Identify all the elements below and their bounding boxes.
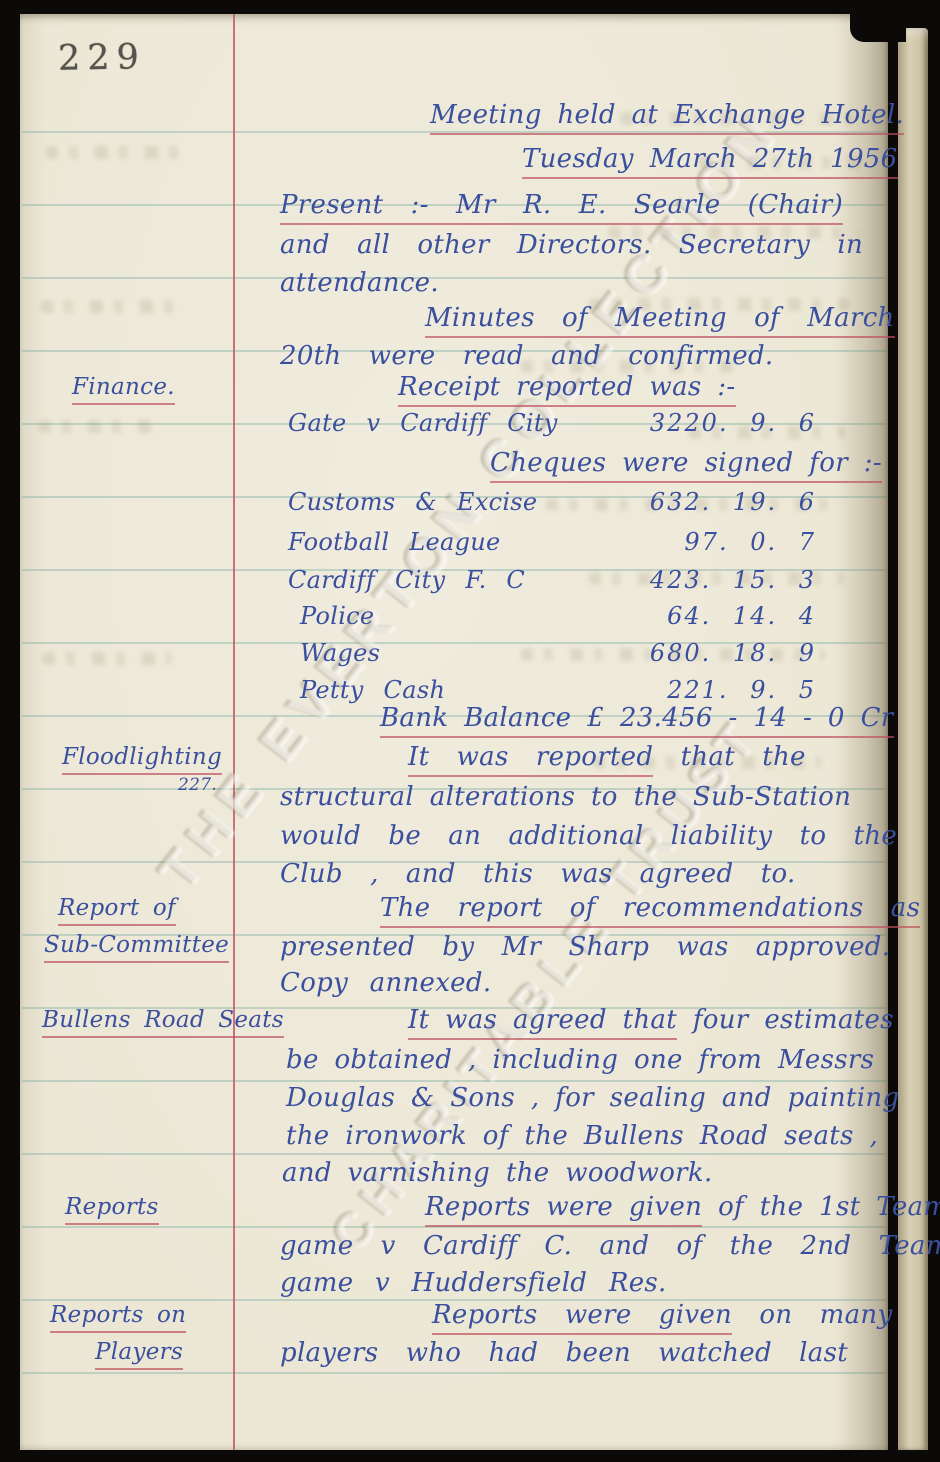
player-reports-line-2: players who had been watched last <box>280 1338 848 1368</box>
cheque-item: Cardiff City F. C <box>288 565 525 595</box>
margin-heading-sub-committee: Sub-Committee <box>44 930 229 960</box>
cheques-heading-line: Cheques were signed for :- <box>490 448 882 478</box>
floodlighting-line-4: Club , and this was agreed to. <box>280 859 796 889</box>
margin-heading-report-of: Report of <box>58 893 176 923</box>
report-of-label-text: Report of <box>58 895 176 926</box>
minute-book-photo: THE EVERTON COLLECTION CHARITABLE TRUST … <box>0 0 940 1462</box>
present-text: Present :- Mr R. E. Searle (Chair) <box>280 190 843 225</box>
present-line: Present :- Mr R. E. Searle (Chair) <box>280 190 843 220</box>
cheque-item: Football League <box>288 527 501 557</box>
receipt-heading-line: Receipt reported was :- <box>398 372 736 402</box>
finance-label-text: Finance. <box>72 374 175 405</box>
cheque-amount: 632. 19. 6 <box>650 487 816 517</box>
team-reports-line-3: game v Huddersfield Res. <box>280 1268 667 1298</box>
sub-committee-line-1: The report of recommendations as <box>380 893 920 923</box>
page-number-stamp: 229 <box>58 37 146 79</box>
sub-committee-line-3: Copy annexed. <box>280 968 491 998</box>
bank-balance-text: Bank Balance £ 23.456 - 14 - 0 Cr <box>380 703 894 738</box>
bullens-road-lead-text: It was agreed that <box>408 1005 677 1040</box>
cheque-item: Petty Cash <box>300 675 445 705</box>
cheque-amount: 221. 9. 5 <box>667 675 816 705</box>
floodlighting-lead-rest: that the <box>681 742 806 772</box>
bank-balance-line: Bank Balance £ 23.456 - 14 - 0 Cr <box>380 703 894 733</box>
floodlighting-line-3: would be an additional liability to the <box>280 821 897 851</box>
player-reports-line-1: Reports were given on many <box>432 1300 892 1330</box>
reports-on-label-text: Reports on <box>50 1302 186 1333</box>
bullens-road-line-2: be obtained , including one from Messrs <box>286 1045 874 1075</box>
player-reports-lead-text: Reports were given <box>432 1300 732 1335</box>
bullens-road-line-1: It was agreed that four estimates <box>408 1005 894 1035</box>
meeting-venue-line: Meeting held at Exchange Hotel. <box>430 100 904 130</box>
team-reports-line-2: game v Cardiff C. and of the 2nd Team <box>280 1231 940 1261</box>
cheque-amount: 97. 0. 7 <box>684 527 816 557</box>
minutes-line-2: 20th were read and confirmed. <box>280 341 774 371</box>
receipt-heading-text: Receipt reported was :- <box>398 372 736 407</box>
cheque-item: Wages <box>300 638 380 668</box>
sub-committee-label-text: Sub-Committee <box>44 932 229 963</box>
margin-heading-players: Players <box>95 1337 183 1367</box>
bullens-road-label-text: Bullens Road Seats <box>42 1007 284 1038</box>
team-reports-lead-text: Reports were given <box>425 1192 702 1227</box>
margin-heading-finance: Finance. <box>72 372 175 402</box>
floodlighting-line-2: structural alterations to the Sub-Statio… <box>280 782 851 812</box>
floodlighting-lead-text: It was reported <box>408 742 653 777</box>
red-margin-rule <box>233 14 235 1450</box>
players-label-text: Players <box>95 1339 183 1370</box>
receipt-amount: 3220. 9. 6 <box>650 408 816 438</box>
cheque-item: Police <box>300 601 374 631</box>
floodlighting-ref-number: 227. <box>178 770 217 800</box>
cheque-item: Customs & Excise <box>288 487 537 517</box>
margin-heading-floodlighting: Floodlighting <box>62 742 222 772</box>
attendance-line-2: and all other Directors. Secretary in <box>280 230 863 260</box>
team-reports-lead-rest: of the 1st Team <box>718 1192 940 1222</box>
bullens-road-line-5: and varnishing the woodwork. <box>282 1158 713 1188</box>
receipt-item: Gate v Cardiff City <box>288 408 558 438</box>
floodlighting-line-1: It was reported that the <box>408 742 806 772</box>
sub-committee-line-2: presented by Mr Sharp was approved. <box>280 932 890 962</box>
team-reports-line-1: Reports were given of the 1st Team <box>425 1192 940 1222</box>
cheque-amount: 423. 15. 3 <box>650 565 816 595</box>
bullens-road-lead-rest: four estimates <box>693 1005 894 1035</box>
cheque-amount: 64. 14. 4 <box>667 601 816 631</box>
reports-label-text: Reports <box>65 1194 159 1225</box>
margin-heading-reports: Reports <box>65 1192 159 1222</box>
margin-heading-reports-on: Reports on <box>50 1300 186 1330</box>
cheques-heading-text: Cheques were signed for :- <box>490 448 882 483</box>
cheque-amount: 680. 18. 9 <box>650 638 816 668</box>
meeting-date-text: Tuesday March 27th 1956 <box>522 144 898 179</box>
bullens-road-line-4: the ironwork of the Bullens Road seats , <box>286 1121 878 1151</box>
meeting-date-line: Tuesday March 27th 1956 <box>522 144 898 174</box>
margin-heading-bullens-road-seats: Bullens Road Seats <box>42 1005 284 1035</box>
minutes-lead-text: Minutes of Meeting of March <box>425 303 895 338</box>
attendance-line-3: attendance. <box>280 268 439 298</box>
minutes-lead-line: Minutes of Meeting of March <box>425 303 895 333</box>
sub-committee-lead-text: The report of recommendations as <box>380 893 920 928</box>
meeting-venue-text: Meeting held at Exchange Hotel. <box>430 100 904 135</box>
page-corner-gap <box>850 0 906 42</box>
player-reports-lead-rest: on many <box>759 1300 892 1330</box>
bullens-road-line-3: Douglas & Sons , for sealing and paintin… <box>286 1083 899 1113</box>
